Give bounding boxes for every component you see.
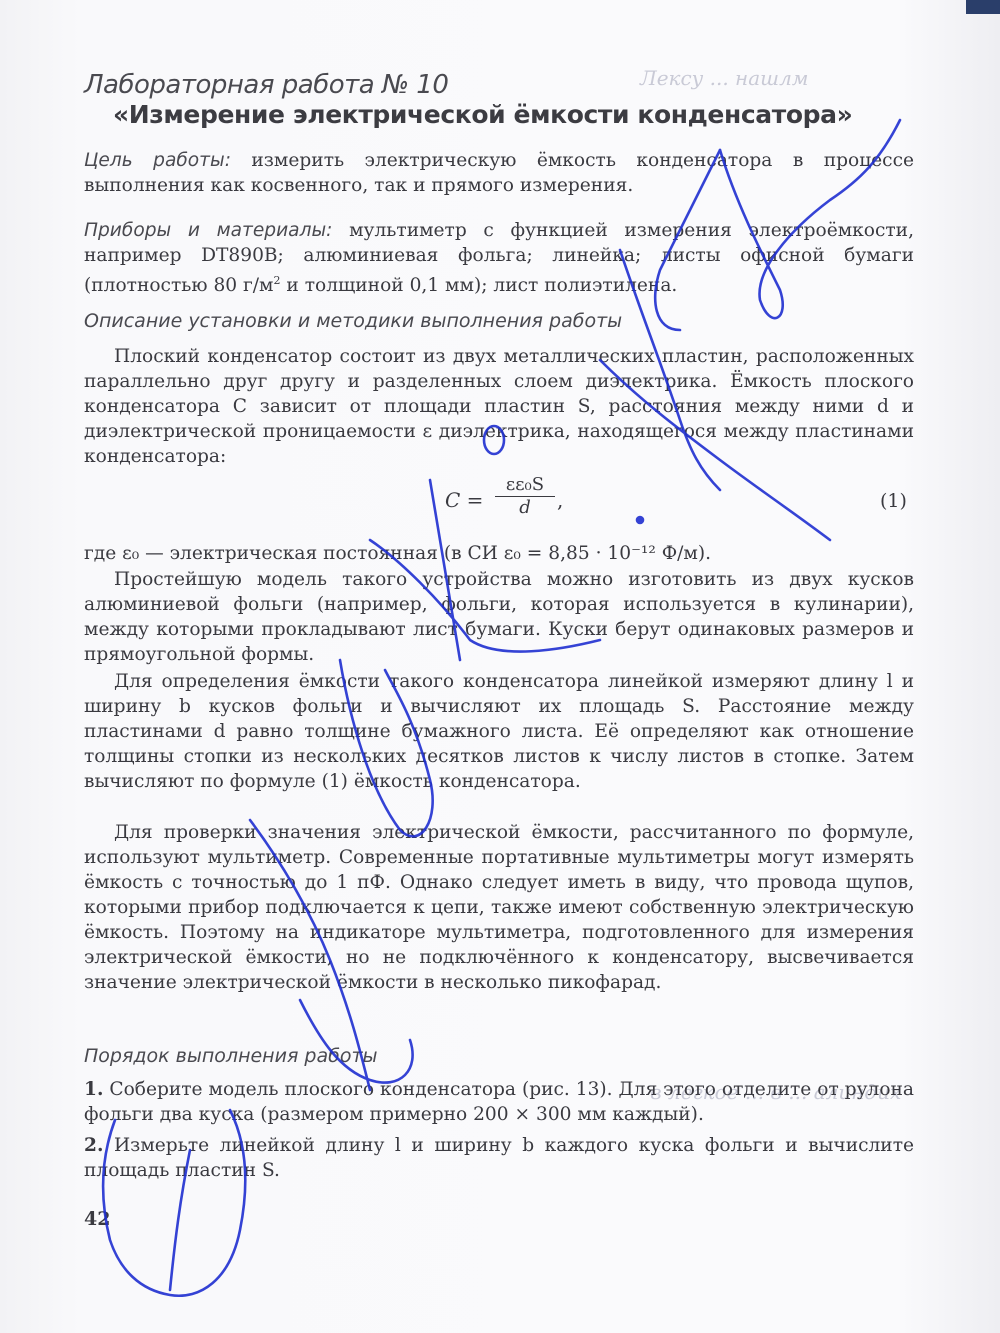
capacitance-formula: C = εε₀S d , bbox=[445, 474, 625, 534]
lab-title: Лабораторная работа № 10 bbox=[84, 70, 448, 100]
goal-label: Цель работы: bbox=[84, 150, 231, 171]
bleed-through-text: Лексу ... нашлм bbox=[640, 66, 808, 90]
formula-denominator: d bbox=[495, 497, 555, 518]
description-paragraph: Для проверки значения электрической ёмко… bbox=[84, 820, 914, 995]
description-paragraph: Простейшую модель такого устройства можн… bbox=[84, 567, 914, 667]
step-number: 2. bbox=[84, 1135, 103, 1156]
description-p2: где ε₀ — электрическая постоянная (в СИ … bbox=[84, 541, 914, 566]
description-p1: Плоский конденсатор состоит из двух мета… bbox=[84, 344, 914, 469]
materials-text-end: и толщиной 0,1 мм); лист полиэтилена. bbox=[281, 275, 678, 296]
formula-comma: , bbox=[557, 488, 563, 512]
page-number: 42 bbox=[84, 1208, 110, 1230]
step-number: 1. bbox=[84, 1079, 103, 1100]
formula-fraction: εε₀S d bbox=[495, 474, 555, 518]
description-paragraph: где ε₀ — электрическая постоянная (в СИ … bbox=[84, 541, 914, 566]
page-edge-mark bbox=[966, 0, 1000, 14]
procedure-step-1: 1. Соберите модель плоского конденсатора… bbox=[84, 1077, 914, 1127]
formula-numerator: εε₀S bbox=[495, 474, 555, 497]
formula-lhs: C = bbox=[445, 488, 483, 512]
description-p4: Для определения ёмкости такого конденсат… bbox=[84, 669, 914, 794]
step-text: Измерьте линейкой длину l и ширину b каж… bbox=[84, 1135, 914, 1181]
description-paragraph: Плоский конденсатор состоит из двух мета… bbox=[84, 344, 914, 469]
description-heading: Описание установки и методики выполнения… bbox=[84, 310, 622, 332]
equation-number: (1) bbox=[880, 490, 907, 512]
description-p3: Простейшую модель такого устройства можн… bbox=[84, 567, 914, 667]
materials-paragraph: Приборы и материалы: мультиметр с функци… bbox=[84, 218, 914, 298]
materials-label: Приборы и материалы: bbox=[84, 220, 332, 241]
procedure-heading: Порядок выполнения работы bbox=[84, 1045, 378, 1067]
description-paragraph: Для определения ёмкости такого конденсат… bbox=[84, 669, 914, 794]
textbook-page: Лексу ... нашлм в легкое ... в ... алинд… bbox=[0, 0, 1000, 1333]
step-text: Соберите модель плоского конденсатора (р… bbox=[84, 1079, 914, 1125]
materials-superscript: 2 bbox=[274, 274, 281, 287]
goal-paragraph: Цель работы: измерить электрическую ёмко… bbox=[84, 148, 914, 198]
description-p5: Для проверки значения электрической ёмко… bbox=[84, 820, 914, 995]
procedure-step-2: 2. Измерьте линейкой длину l и ширину b … bbox=[84, 1133, 914, 1183]
lab-subtitle: «Измерение электрической ёмкости конденс… bbox=[113, 100, 852, 129]
